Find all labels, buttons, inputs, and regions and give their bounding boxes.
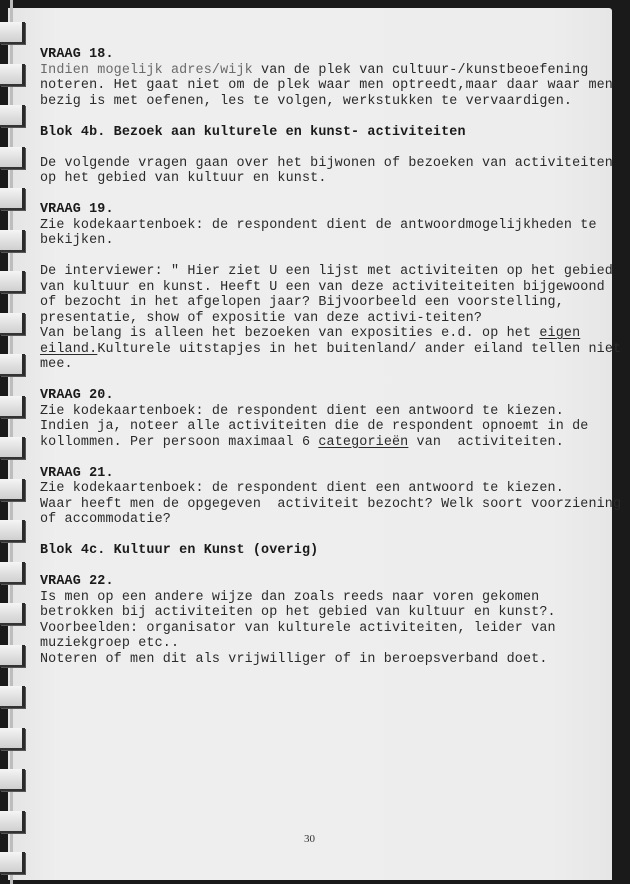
text-line: Zie kodekaartenboek: de respondent dient…	[40, 481, 600, 497]
section-blok-4b: Blok 4b. Bezoek aan kulturele en kunst- …	[40, 125, 600, 187]
text-line: of bezocht in het afgelopen jaar? Bijvoo…	[40, 295, 600, 311]
section-vraag-21: VRAAG 21. Zie kodekaartenboek: de respon…	[40, 466, 600, 528]
text-line: Indien mogelijk adres/wijk van de plek v…	[40, 63, 600, 79]
text-line: of accommodatie?	[40, 512, 600, 528]
question-heading: VRAAG 21.	[40, 466, 600, 482]
binding-ring	[0, 437, 25, 459]
binding-ring	[0, 769, 25, 791]
underlined-text: categorieën	[318, 435, 408, 450]
text-span: kollommen. Per persoon maximaal 6	[40, 435, 318, 450]
text-span: van de plek van cultuur-/kunstbeoefening	[253, 63, 589, 78]
section-vraag-22: VRAAG 22. Is men op een andere wijze dan…	[40, 574, 600, 667]
text-line: muziekgroep etc..	[40, 636, 600, 652]
binding-ring	[0, 852, 25, 874]
section-vraag-18: VRAAG 18. Indien mogelijk adres/wijk van…	[40, 47, 600, 109]
question-heading: VRAAG 22.	[40, 574, 600, 590]
faded-text: Indien mogelijk adres/wijk	[40, 63, 253, 78]
spiral-binding	[0, 0, 26, 884]
text-line: Van belang is alleen het bezoeken van ex…	[40, 326, 600, 342]
binding-ring	[0, 811, 25, 833]
binding-ring	[0, 147, 25, 169]
text-line: Waar heeft men de opgegeven activiteit b…	[40, 497, 600, 513]
text-span: van activiteiten.	[408, 435, 564, 450]
binding-ring	[0, 603, 25, 625]
text-line: bezig is met oefenen, les te volgen, wer…	[40, 94, 600, 110]
text-line: presentatie, show of expositie van deze …	[40, 311, 600, 327]
page-number: 30	[304, 833, 315, 845]
text-line: kollommen. Per persoon maximaal 6 catego…	[40, 435, 600, 451]
binding-ring	[0, 22, 25, 44]
text-line: De volgende vragen gaan over het bijwone…	[40, 156, 600, 172]
binding-ring	[0, 520, 25, 542]
text-line: op het gebied van kultuur en kunst.	[40, 171, 600, 187]
binding-ring	[0, 479, 25, 501]
text-line: van kultuur en kunst. Heeft U een van de…	[40, 280, 600, 296]
binding-ring	[0, 313, 25, 335]
binding-ring	[0, 686, 25, 708]
section-vraag-19: VRAAG 19. Zie kodekaartenboek: de respon…	[40, 202, 600, 373]
text-line: Voorbeelden: organisator van kulturele a…	[40, 621, 600, 637]
block-heading: Blok 4b. Bezoek aan kulturele en kunst- …	[40, 125, 600, 141]
block-heading: Blok 4c. Kultuur en Kunst (overig)	[40, 543, 600, 559]
binding-ring	[0, 188, 25, 210]
binding-ring	[0, 354, 25, 376]
text-line: noteren. Het gaat niet om de plek waar m…	[40, 78, 600, 94]
binding-ring	[0, 645, 25, 667]
binding-ring	[0, 230, 25, 252]
binding-ring	[0, 728, 25, 750]
underlined-text: eiland.	[40, 342, 97, 357]
text-line: Zie kodekaartenboek: de respondent dient…	[40, 404, 600, 420]
binding-ring	[0, 396, 25, 418]
underlined-text: eigen	[539, 326, 580, 341]
text-line: bekijken.	[40, 233, 600, 249]
question-heading: VRAAG 18.	[40, 47, 600, 63]
section-vraag-20: VRAAG 20. Zie kodekaartenboek: de respon…	[40, 388, 600, 450]
text-span: Kulturele uitstapjes in het buitenland/ …	[97, 342, 621, 357]
text-line: mee.	[40, 357, 600, 373]
text-line: Indien ja, noteer alle activiteiten die …	[40, 419, 600, 435]
text-line: Noteren of men dit als vrijwilliger of i…	[40, 652, 600, 668]
binding-ring	[0, 105, 25, 127]
binding-ring	[0, 271, 25, 293]
text-line: eiland.Kulturele uitstapjes in het buite…	[40, 342, 600, 358]
text-span: Van belang is alleen het bezoeken van ex…	[40, 326, 539, 341]
binding-ring	[0, 562, 25, 584]
question-heading: VRAAG 20.	[40, 388, 600, 404]
section-blok-4c: Blok 4c. Kultuur en Kunst (overig)	[40, 543, 600, 559]
binding-ring	[0, 64, 25, 86]
text-line: De interviewer: " Hier ziet U een lijst …	[40, 264, 600, 280]
question-heading: VRAAG 19.	[40, 202, 600, 218]
document-body: VRAAG 18. Indien mogelijk adres/wijk van…	[40, 47, 600, 667]
text-line: Is men op een andere wijze dan zoals ree…	[40, 590, 600, 606]
text-line: Zie kodekaartenboek: de respondent dient…	[40, 218, 600, 234]
text-line: betrokken bij activiteiten op het gebied…	[40, 605, 600, 621]
